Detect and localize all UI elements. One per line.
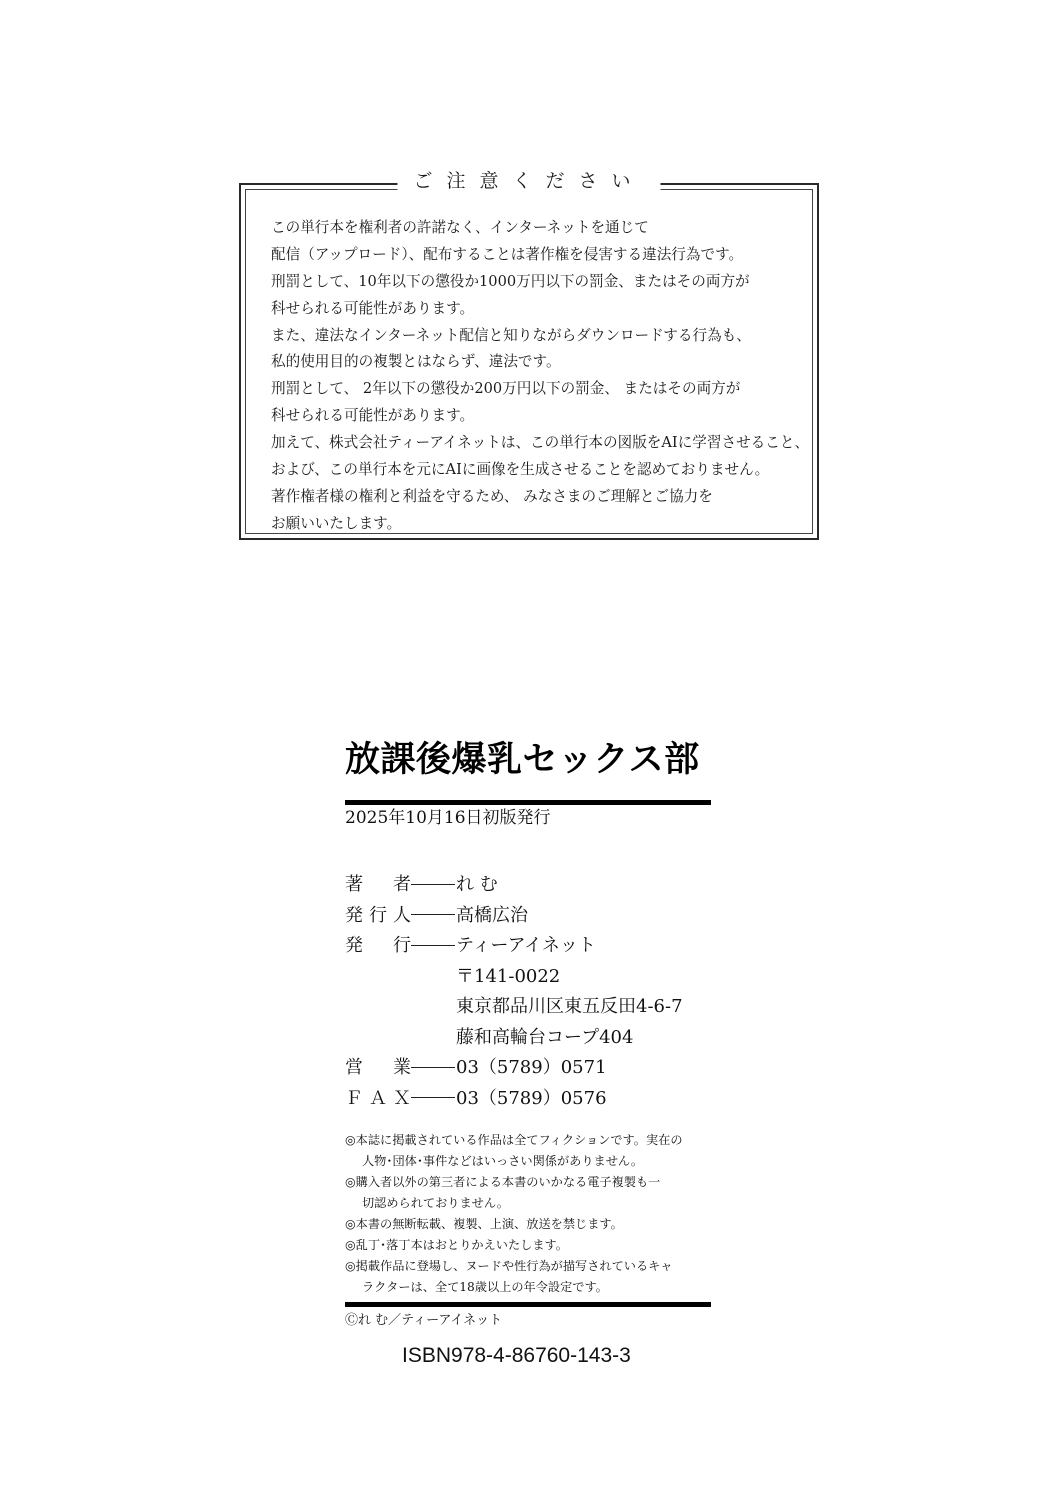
notice-line: 加えて、株式会社ティーアイネットは、この単行本の図版をAIに学習させること、 <box>271 430 803 457</box>
dash-divider <box>411 914 455 915</box>
dash-divider <box>411 945 455 946</box>
credit-label: 営 業 <box>345 1053 411 1084</box>
credit-value: 高橋広治 <box>456 905 528 926</box>
credit-value: 〒141-0022 <box>456 966 560 987</box>
credit-label: 発 行 <box>345 931 411 962</box>
publication-date: 2025年10月16日初版発行 <box>345 806 551 830</box>
credit-author: 著 者れ む <box>345 870 725 901</box>
title-rule <box>345 800 711 805</box>
notice-line: 刑罰として、10年以下の懲役か1000万円以下の罰金、またはその両方が <box>271 269 803 296</box>
dash-divider <box>411 1067 455 1068</box>
notice-text: この単行本を権利者の許諾なく、インターネットを通じて 配信（アップロード）、配布… <box>271 215 803 538</box>
dash-divider <box>411 884 455 885</box>
note-line: ◎乱丁･落丁本はおとりかえいたします。 <box>345 1235 725 1256</box>
note-line: ◎本書の無断転載、複製、上演、放送を禁じます。 <box>345 1214 725 1235</box>
notice-title: ご注意ください <box>397 168 660 194</box>
credit-value: 03（5789）0571 <box>456 1057 607 1078</box>
notice-box: ご注意ください この単行本を権利者の許諾なく、インターネットを通じて 配信（アッ… <box>239 183 819 540</box>
credit-value: れ む <box>456 874 498 895</box>
note-line: ラクターは、全て18歳以上の年令設定です。 <box>345 1277 725 1298</box>
notice-line: 私的使用目的の複製とはならず、違法です。 <box>271 349 803 376</box>
note-line: ◎掲載作品に登場し、ヌードや性行為が描写されているキャ <box>345 1256 725 1277</box>
notice-line: 著作権者様の権利と利益を守るため、 みなさまのご理解とご協力を <box>271 484 803 511</box>
credit-address-2: 藤和高輪台コープ404 <box>345 1023 725 1054</box>
notice-line: お願いいたします。 <box>271 511 803 538</box>
dash-divider <box>411 1097 455 1098</box>
isbn: ISBN978-4-86760-143-3 <box>402 1341 631 1371</box>
credit-publisher: 発 行ティーアイネット <box>345 931 725 962</box>
credit-value: 03（5789）0576 <box>456 1088 607 1109</box>
notice-line: および、この単行本を元にAIに画像を生成させることを認めておりません。 <box>271 457 803 484</box>
credit-value: 藤和高輪台コープ404 <box>456 1027 633 1048</box>
notice-line: 配信（アップロード）、配布することは著作権を侵害する違法行為です。 <box>271 242 803 269</box>
legal-notes: ◎本誌に掲載されている作品は全てフィクションです。実在の 人物･団体･事件などは… <box>345 1130 725 1298</box>
note-line: 切認められておりません。 <box>345 1193 725 1214</box>
book-title: 放課後爆乳セックス部 <box>345 735 700 785</box>
notice-line: また、違法なインターネット配信と知りながらダウンロードする行為も、 <box>271 323 803 350</box>
note-line: 人物･団体･事件などはいっさい関係がありません。 <box>345 1151 725 1172</box>
notice-line: 科せられる可能性があります。 <box>271 296 803 323</box>
notice-line: 刑罰として、 2年以下の懲役か200万円以下の罰金、 またはその両方が <box>271 376 803 403</box>
credit-sales-phone: 営 業03（5789）0571 <box>345 1053 725 1084</box>
credit-label: 著 者 <box>345 870 411 901</box>
credit-label: ＦＡＸ <box>345 1084 411 1115</box>
note-line: ◎購入者以外の第三者による本書のいかなる電子複製も一 <box>345 1172 725 1193</box>
credit-value: 東京都品川区東五反田4-6-7 <box>456 996 683 1017</box>
credit-postal-code: 〒141-0022 <box>345 962 725 993</box>
credit-label: 発行人 <box>345 901 411 932</box>
credit-publisher-person: 発行人高橋広治 <box>345 901 725 932</box>
credit-address-1: 東京都品川区東五反田4-6-7 <box>345 992 725 1023</box>
notice-line: この単行本を権利者の許諾なく、インターネットを通じて <box>271 215 803 242</box>
note-line: ◎本誌に掲載されている作品は全てフィクションです。実在の <box>345 1130 725 1151</box>
credit-fax: ＦＡＸ03（5789）0576 <box>345 1084 725 1115</box>
credit-value: ティーアイネット <box>456 935 596 956</box>
bottom-rule <box>345 1302 711 1307</box>
credits-list: 著 者れ む 発行人高橋広治 発 行ティーアイネット 〒141-0022 東京都… <box>345 870 725 1114</box>
copyright: Ⓒれ む／ティーアイネット <box>345 1309 502 1333</box>
notice-line: 科せられる可能性があります。 <box>271 403 803 430</box>
